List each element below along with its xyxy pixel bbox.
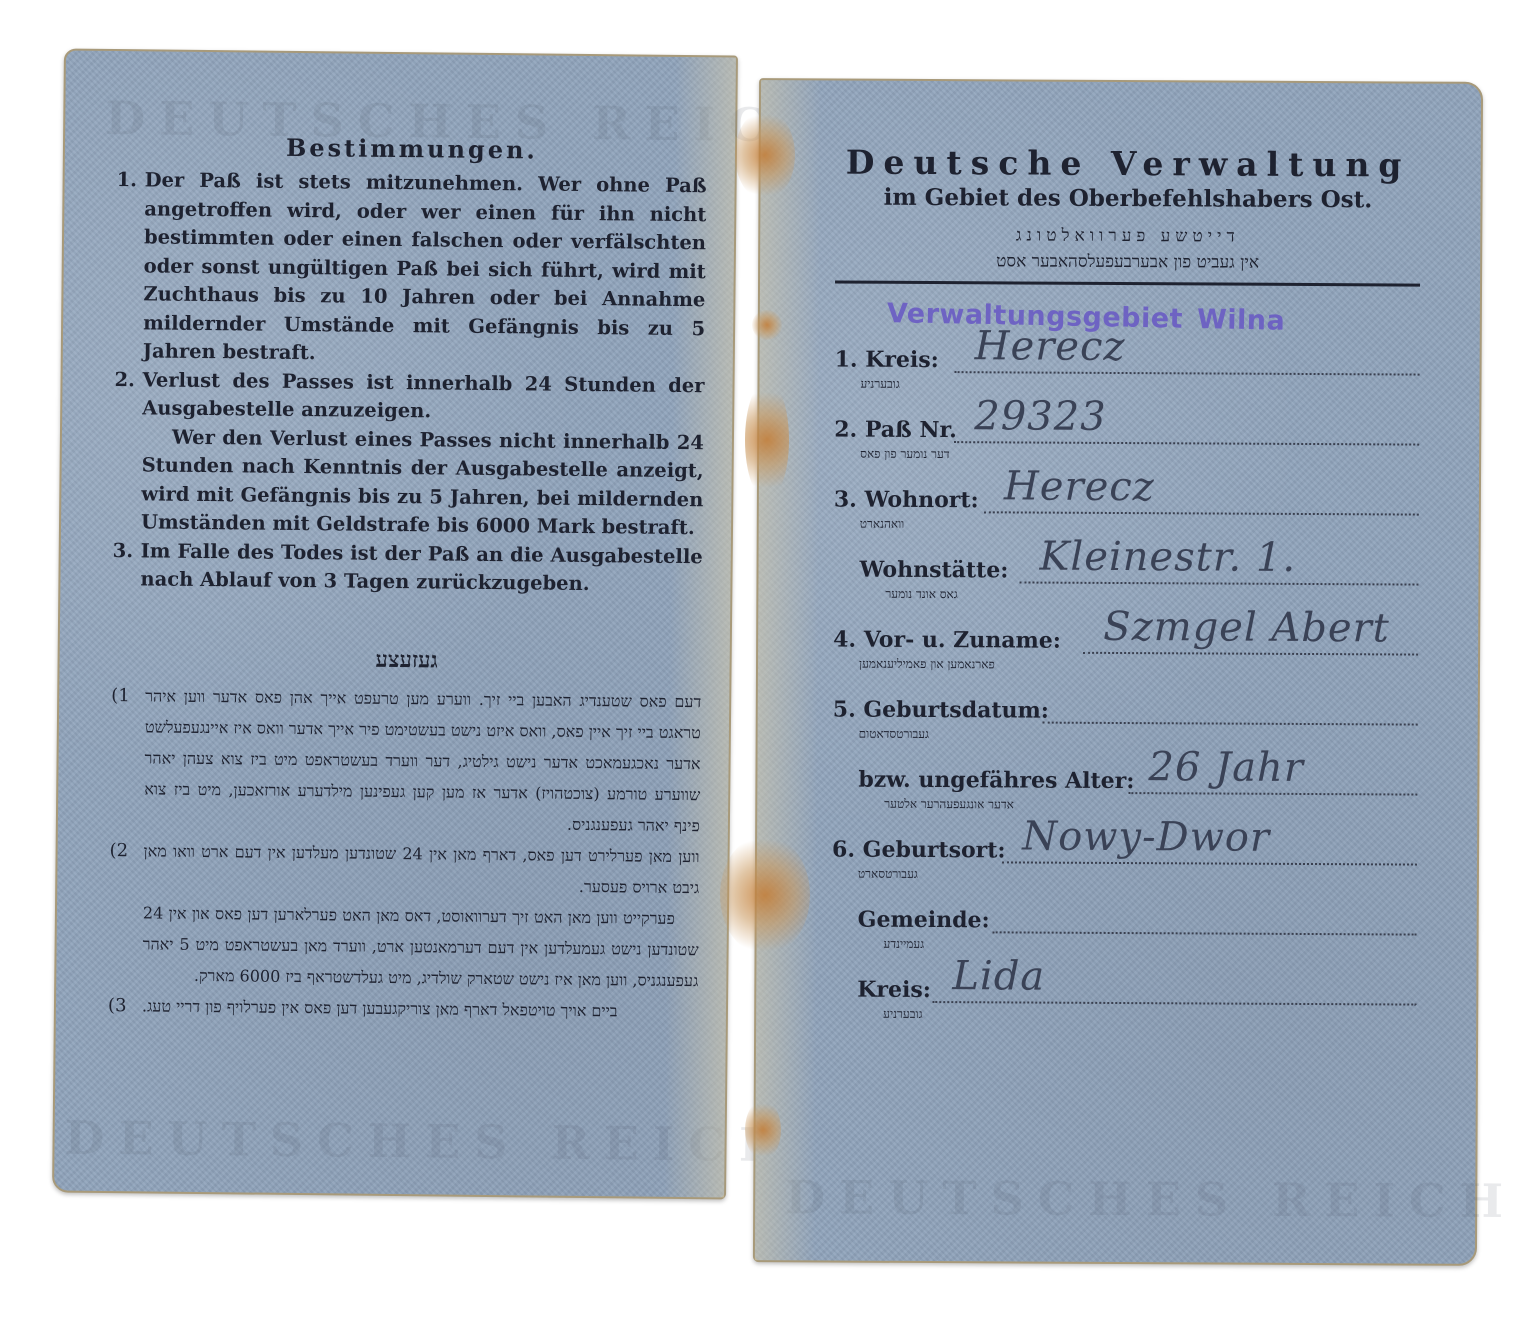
field-handwritten-value: 29323 xyxy=(974,393,1106,440)
yiddish-regulation-number: (3 xyxy=(108,990,142,1021)
rust-stain xyxy=(735,110,795,200)
field-handwritten-value: Lida xyxy=(952,953,1045,999)
field-dotted-line xyxy=(1128,792,1417,796)
rust-stain xyxy=(720,835,810,955)
field-label-yiddish: וואהנארט xyxy=(860,517,905,532)
yiddish-regulation-item: (2ווען מאן פערלירט דען פאס, דארף מאן אין… xyxy=(108,835,700,996)
field-label: 1. Kreis: xyxy=(835,347,939,374)
regulation-paragraph: Im Falle des Todes ist der Paß an die Au… xyxy=(140,537,703,600)
field-handwritten-value: Nowy-Dwor xyxy=(1022,814,1270,861)
watermark-bottom: DEUTSCHES REICH xyxy=(785,1170,1515,1228)
regulations-section: Bestimmungen. 1.Der Paß ist stets mitzun… xyxy=(108,131,707,1027)
field-label: 2. Paß Nr. xyxy=(834,417,957,444)
right-page: DEUTSCHES REICH Deutsche Verwaltung im G… xyxy=(753,78,1483,1266)
field-dotted-line xyxy=(984,511,1419,515)
field-dotted-line xyxy=(1002,861,1417,865)
field-label: 3. Wohnort: xyxy=(834,487,979,514)
yiddish-regulation-item: (3ביים אויך טויטפאל דארף מאן צוריקגעבען … xyxy=(108,990,698,1027)
field-dotted-line xyxy=(932,1001,1416,1006)
regulation-text: Der Paß ist stets mitzunehmen. Wer ohne … xyxy=(143,166,707,371)
issuer-title-yiddish: דייטשע פערוואלטונג xyxy=(835,225,1420,248)
regulation-number: 3. xyxy=(112,537,141,594)
field-label-yiddish: גובערניע xyxy=(860,377,899,392)
regulations-list: 1.Der Paß ist stets mitzunehmen. Wer ohn… xyxy=(112,166,706,600)
form-field: 1. Kreis:גובערניעHerecz xyxy=(834,333,1419,406)
regulation-item: 1.Der Paß ist stets mitzunehmen. Wer ohn… xyxy=(115,166,707,372)
stamp-city: Wilna xyxy=(1197,304,1286,337)
rust-stain xyxy=(752,310,782,340)
field-label: 6. Geburtsort: xyxy=(832,837,1006,864)
field-label: Wohnstätte: xyxy=(859,557,1008,584)
yiddish-regulation-paragraph: ווען מאן פערלירט דען פאס, דארף מאן אין 2… xyxy=(143,835,700,903)
field-label-yiddish: פארנאמען און פאמיליענאמען xyxy=(859,657,995,673)
yiddish-regulation-paragraph: פערקייט ווען מאן האט זיך דערוואוסט, דאס … xyxy=(142,897,699,996)
field-dotted-line xyxy=(1083,652,1418,656)
yiddish-regulation-paragraph: דעם פאס שטענדיג האבען ביי זיך. ווערע מען… xyxy=(144,680,702,841)
yiddish-regulation-number: (2 xyxy=(108,835,144,990)
field-label-yiddish: געמיינדע xyxy=(884,937,925,952)
passport-fields: 1. Kreis:גובערניעHerecz2. Paß Nr.דער נומ… xyxy=(831,333,1420,1036)
form-field: Kreis:גובערניעLida xyxy=(831,963,1416,1036)
field-dotted-line xyxy=(993,931,1417,935)
form-field: 4. Vor- u. Zuname:פארנאמען און פאמיליענא… xyxy=(833,613,1418,686)
field-handwritten-value: 26 Jahr xyxy=(1148,744,1304,791)
field-dotted-line xyxy=(1019,581,1418,585)
form-field: Gemeinde:געמיינדע xyxy=(831,893,1416,966)
regulation-item: 2.Verlust des Passes ist innerhalb 24 St… xyxy=(113,366,705,543)
yiddish-regulation-item: (1דעם פאס שטענדיג האבען ביי זיך. ווערע מ… xyxy=(110,680,702,841)
issuer-subtitle-yiddish: אין געביט פון אבערבעפעלסהאבער אסט xyxy=(835,251,1420,274)
yiddish-regulation-number: (1 xyxy=(110,680,146,835)
spine-discoloration xyxy=(755,80,821,1260)
yiddish-regulation-text: דעם פאס שטענדיג האבען ביי זיך. ווערע מען… xyxy=(144,680,702,841)
field-handwritten-value: Herecz xyxy=(1004,463,1155,510)
field-label-yiddish: אדער אונגעפעהרער אלטער xyxy=(884,797,1014,813)
field-handwritten-value: Szmgel Abert xyxy=(1103,604,1390,651)
regulation-paragraph: Der Paß ist stets mitzunehmen. Wer ohne … xyxy=(143,166,707,371)
field-label-yiddish: גאס אונד נומער xyxy=(885,587,957,602)
field-label: bzw. ungefähres Alter: xyxy=(858,767,1134,794)
form-field: 5. Geburtsdatum:געבורטסדאטום xyxy=(833,683,1418,756)
field-handwritten-value: Herecz xyxy=(975,323,1126,370)
field-label-yiddish: דער נומער פון פאס xyxy=(860,447,949,462)
rust-stain xyxy=(745,380,789,500)
field-label-yiddish: געבורטסארט xyxy=(858,867,918,882)
passport-form: Deutsche Verwaltung im Gebiet des Oberbe… xyxy=(831,143,1421,1036)
field-label-yiddish: געבורטסדאטום xyxy=(859,727,929,742)
field-label: Kreis: xyxy=(857,977,931,1003)
field-label: 5. Geburtsdatum: xyxy=(833,697,1049,724)
field-dotted-line xyxy=(954,441,1419,445)
regulation-paragraph: Verlust des Passes ist innerhalb 24 Stun… xyxy=(142,366,705,429)
issuer-subtitle: im Gebiet des Oberbefehlshabers Ost. xyxy=(835,184,1420,214)
yiddish-regulation-text: ביים אויך טויטפאל דארף מאן צוריקגעבען דע… xyxy=(142,990,618,1026)
yiddish-regulation-text: ווען מאן פערלירט דען פאס, דארף מאן אין 2… xyxy=(142,835,700,996)
issuer-title: Deutsche Verwaltung xyxy=(836,143,1421,185)
regulation-number: 1. xyxy=(115,166,145,366)
yiddish-regulations-list: (1דעם פאס שטענדיג האבען ביי זיך. ווערע מ… xyxy=(108,680,702,1027)
left-page: DEUTSCHES REICH DEUTSCHES REICH Bestimmu… xyxy=(52,49,738,1200)
field-label: Gemeinde: xyxy=(858,907,990,934)
yiddish-regulations-title: געזעצע xyxy=(112,644,702,676)
field-label: 4. Vor- u. Zuname: xyxy=(833,627,1061,654)
field-label-yiddish: גובערניע xyxy=(883,1007,922,1022)
regulations-title: Bestimmungen. xyxy=(117,131,707,166)
regulation-text: Im Falle des Todes ist der Paß an die Au… xyxy=(140,537,703,600)
field-handwritten-value: Kleinestr. 1. xyxy=(1039,534,1296,581)
field-dotted-line xyxy=(1043,722,1418,726)
form-field: 6. Geburtsort:געבורטסארטNowy-Dwor xyxy=(832,823,1417,896)
header-divider xyxy=(835,281,1420,287)
regulation-paragraph: Wer den Verlust eines Passes nicht inner… xyxy=(141,423,704,543)
regulation-text: Verlust des Passes ist innerhalb 24 Stun… xyxy=(141,366,705,543)
regulation-item: 3.Im Falle des Todes ist der Paß an die … xyxy=(112,537,703,600)
rust-stain xyxy=(745,1100,781,1160)
regulation-number: 2. xyxy=(113,366,143,537)
yiddish-regulation-paragraph: ביים אויך טויטפאל דארף מאן צוריקגעבען דע… xyxy=(142,990,618,1026)
field-dotted-line xyxy=(955,371,1420,375)
